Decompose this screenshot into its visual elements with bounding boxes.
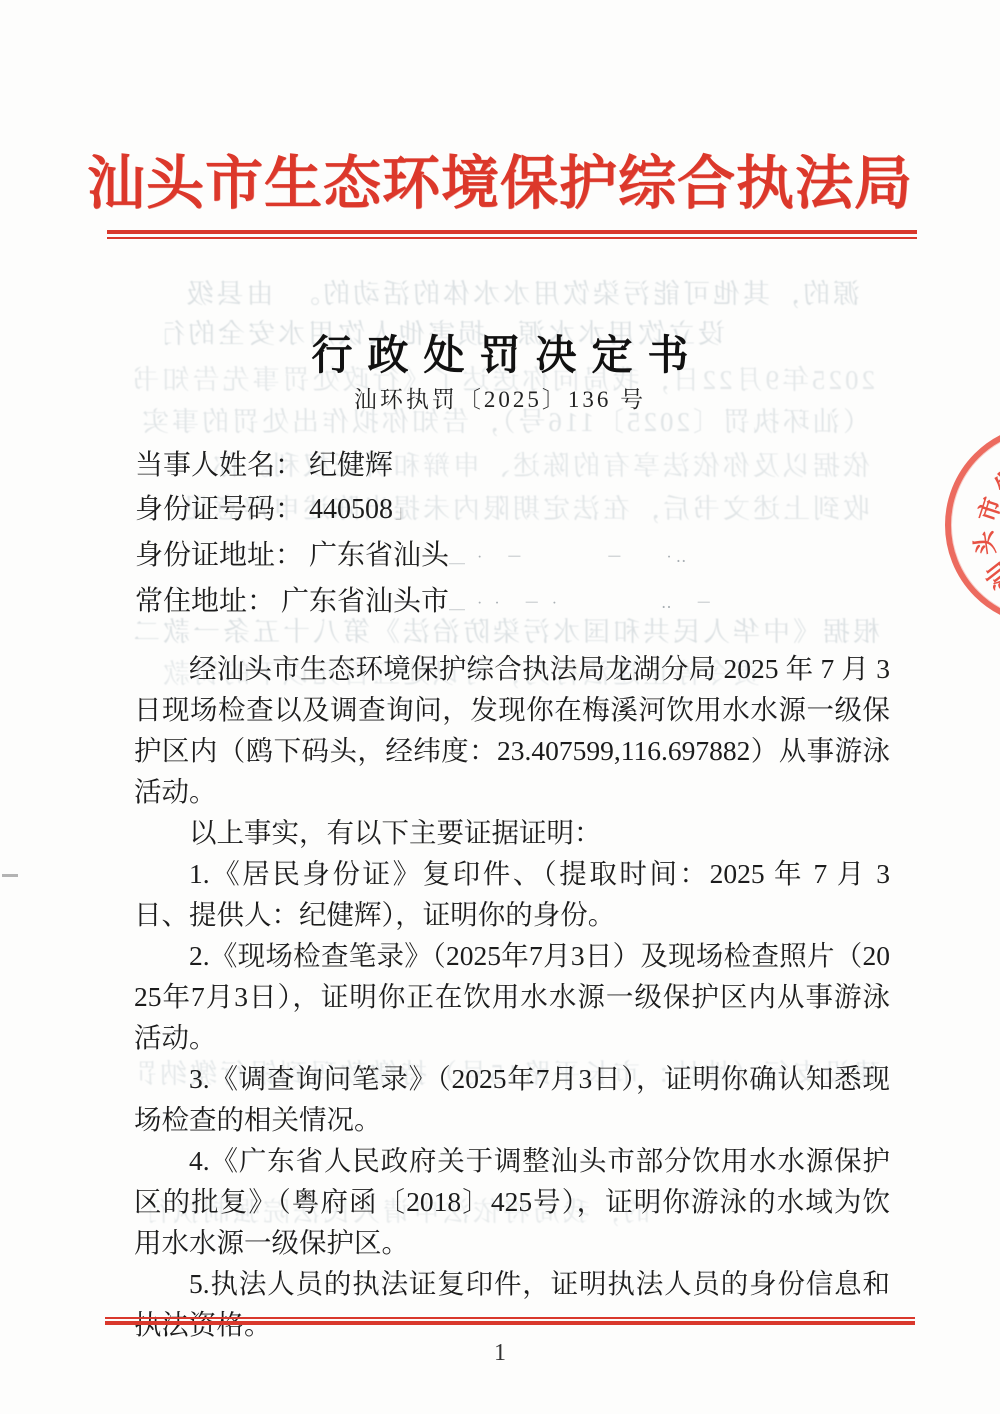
evidence-item: 1.《居民身份证》复印件、（提取时间：2025 年 7 月 3 日、提供人：纪健…: [134, 853, 890, 935]
party-residence-label: 常住地址：: [135, 586, 275, 617]
party-id-number-label: 身份证号码：: [135, 494, 303, 525]
evidence-item: 3.《调查询问笔录》（2025年7月3日），证明你确认知悉现场检查的相关情况。: [134, 1058, 890, 1140]
party-name-label: 当事人姓名：: [135, 450, 303, 481]
evidence-intro: 以上事实，有以下主要证据证明：: [134, 812, 890, 853]
document-number: 汕环执罚〔2025〕136 号: [0, 381, 1000, 414]
seal-character: 市: [976, 495, 1000, 525]
party-residence-row: 常住地址：广东省汕头市＿ · · － · ‥ －: [135, 588, 895, 618]
party-id-address-value: 广东省汕头: [309, 540, 449, 571]
seal-character: 汕: [982, 558, 1000, 592]
redaction-mark: ＿ · － － ·‥: [449, 549, 690, 566]
party-id-address-label: 身份证地址：: [135, 540, 303, 571]
divider-thick-line: [107, 230, 917, 234]
party-name-row: 当事人姓名：纪健辉: [135, 452, 895, 480]
page-number: 1: [0, 1340, 1000, 1367]
scanned-document-page: 源的，其他可能污染饮用水水体的活动的。 由县级 设立饮用水水源，损害他人饮用水安…: [0, 0, 1000, 1414]
document-title: 行政处罚决定书: [0, 322, 1000, 381]
bleedthrough-text: 源的，其他可能污染饮用水水体的活动的。 由县级: [150, 272, 860, 311]
redaction-mark: 」: [395, 502, 413, 522]
divider-thin-line: [105, 1317, 915, 1319]
party-id-address-row: 身份证地址：广东省汕头＿ · － － ·‥: [135, 542, 895, 572]
seal-character: 生: [991, 465, 1000, 499]
divider-thin-line: [107, 237, 917, 239]
evidence-item: 5.执法人员的执法证复印件，证明执法人员的身份信息和执法资格。: [134, 1263, 890, 1345]
redaction-mark: ＿ · · － · ‥ －: [449, 595, 716, 612]
divider-thick-line: [105, 1321, 915, 1325]
party-id-number-row: 身份证号码：440508」: [135, 496, 895, 526]
evidence-item: 2.《现场检查笔录》（2025年7月3日）及现场检查照片（2025年7月3日），…: [134, 935, 890, 1058]
party-info-section: 当事人姓名：纪健辉 身份证号码：440508」 身份证地址：广东省汕头＿ · －…: [135, 452, 895, 634]
party-residence-value: 广东省汕头市: [281, 586, 449, 617]
document-body: 经汕头市生态环境保护综合执法局龙湖分局 2025 年 7 月 3 日现场检查以及…: [134, 648, 890, 1345]
finding-paragraph: 经汕头市生态环境保护综合执法局龙湖分局 2025 年 7 月 3 日现场检查以及…: [134, 648, 890, 812]
party-name-value: 纪健辉: [309, 450, 393, 481]
letterhead-agency-name: 汕头市生态环境保护综合执法局: [60, 136, 940, 220]
party-id-number-value: 440508: [309, 494, 393, 525]
footer-divider: [105, 1317, 915, 1325]
official-seal-stamp: 汕 头 市 生 态: [945, 424, 1000, 626]
letterhead-divider: [107, 230, 917, 239]
evidence-item: 4.《广东省人民政府关于调整汕头市部分饮用水水源保护区的批复》（粤府函〔2018…: [134, 1140, 890, 1263]
seal-character: 头: [972, 529, 999, 556]
scan-edge-artifact: [2, 874, 18, 877]
